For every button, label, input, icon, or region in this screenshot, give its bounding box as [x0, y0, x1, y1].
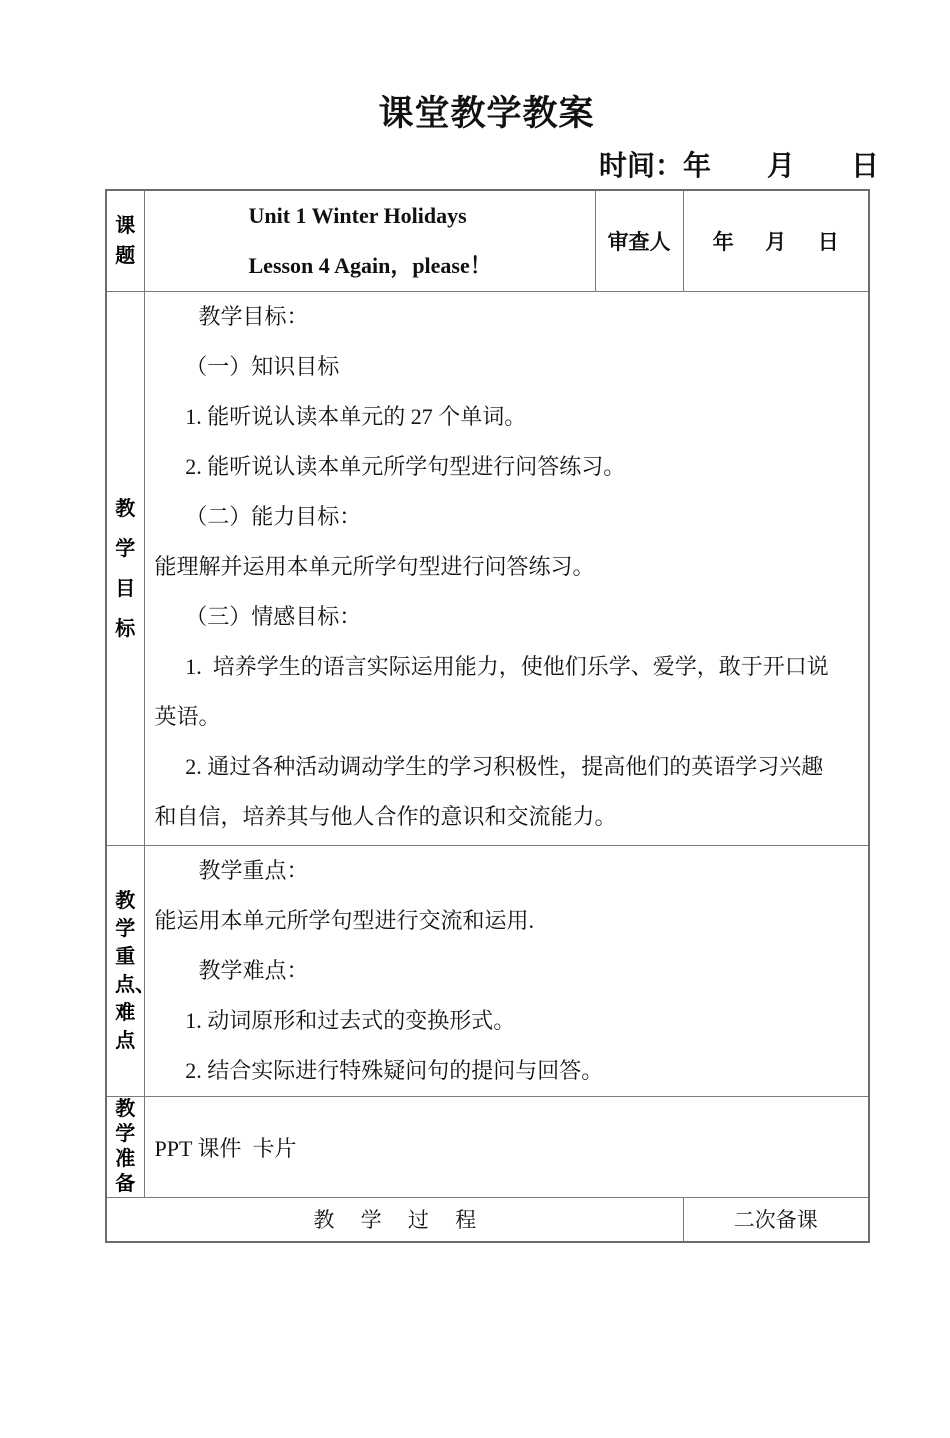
key-point-line: 教学难点：: [155, 946, 855, 996]
key-points-content: 教学重点： 能运用本单元所学句型进行交流和运用. 教学难点： 1. 动词原形和过…: [144, 846, 869, 1097]
objective-line: （一）知识目标: [155, 342, 855, 392]
key-points-header: 教学重点、难点: [106, 846, 144, 1097]
objective-line: 1. 能听说认读本单元的 27 个单词。: [155, 392, 855, 442]
topic-row-header: 课题: [106, 190, 144, 292]
objective-line: （二）能力目标：: [155, 492, 855, 542]
reviewer-label: 审查人: [595, 190, 683, 292]
objectives-row: 教学目标 教学目标： （一）知识目标 1. 能听说认读本单元的 27 个单词。 …: [106, 292, 869, 846]
objective-line: 教学目标：: [155, 292, 855, 342]
objective-line: 能理解并运用本单元所学句型进行问答练习。: [155, 542, 855, 592]
date-line: 时间：年 月 日: [599, 150, 868, 184]
objectives-header: 教学目标: [106, 292, 144, 846]
course-title-cell: Unit 1 Winter Holidays Lesson 4 Again，pl…: [144, 190, 595, 292]
course-title-line1: Unit 1 Winter Holidays: [249, 191, 595, 241]
course-title-line2: Lesson 4 Again，please！: [249, 241, 595, 291]
secondary-prep-label: 二次备课: [683, 1198, 869, 1242]
key-point-line: 2. 结合实际进行特殊疑问句的提问与回答。: [155, 1046, 855, 1096]
preparation-content: PPT 课件 卡片: [144, 1097, 869, 1198]
topic-row: 课题 Unit 1 Winter Holidays Lesson 4 Again…: [106, 190, 869, 292]
key-points-row: 教学重点、难点 教学重点： 能运用本单元所学句型进行交流和运用. 教学难点： 1…: [106, 846, 869, 1097]
process-title: 教 学 过 程: [106, 1198, 683, 1242]
objective-line: 和自信，培养其与他人合作的意识和交流能力。: [155, 792, 855, 842]
page-title: 课堂教学教案: [105, 94, 868, 134]
key-point-line: 1. 动词原形和过去式的变换形式。: [155, 996, 855, 1046]
document-page: 课堂教学教案 时间：年 月 日 课题 Unit 1 Winter Holiday…: [105, 94, 868, 1243]
key-point-line: 教学重点：: [155, 846, 855, 896]
preparation-row: 教学准备 PPT 课件 卡片: [106, 1097, 869, 1198]
review-date: 年 月 日: [683, 190, 869, 292]
objective-line: （三）情感目标：: [155, 592, 855, 642]
process-row: 教 学 过 程 二次备课: [106, 1198, 869, 1242]
objective-line: 2. 能听说认读本单元所学句型进行问答练习。: [155, 442, 855, 492]
key-point-line: 能运用本单元所学句型进行交流和运用.: [155, 896, 855, 946]
objective-line: 1. 培养学生的语言实际运用能力，使他们乐学、爱学，敢于开口说: [155, 642, 855, 692]
preparation-header: 教学准备: [106, 1097, 144, 1198]
lesson-plan-table: 课题 Unit 1 Winter Holidays Lesson 4 Again…: [105, 189, 870, 1243]
objectives-content: 教学目标： （一）知识目标 1. 能听说认读本单元的 27 个单词。 2. 能听…: [144, 292, 869, 846]
objective-line: 英语。: [155, 692, 855, 742]
objective-line: 2. 通过各种活动调动学生的学习积极性，提高他们的英语学习兴趣: [155, 742, 855, 792]
